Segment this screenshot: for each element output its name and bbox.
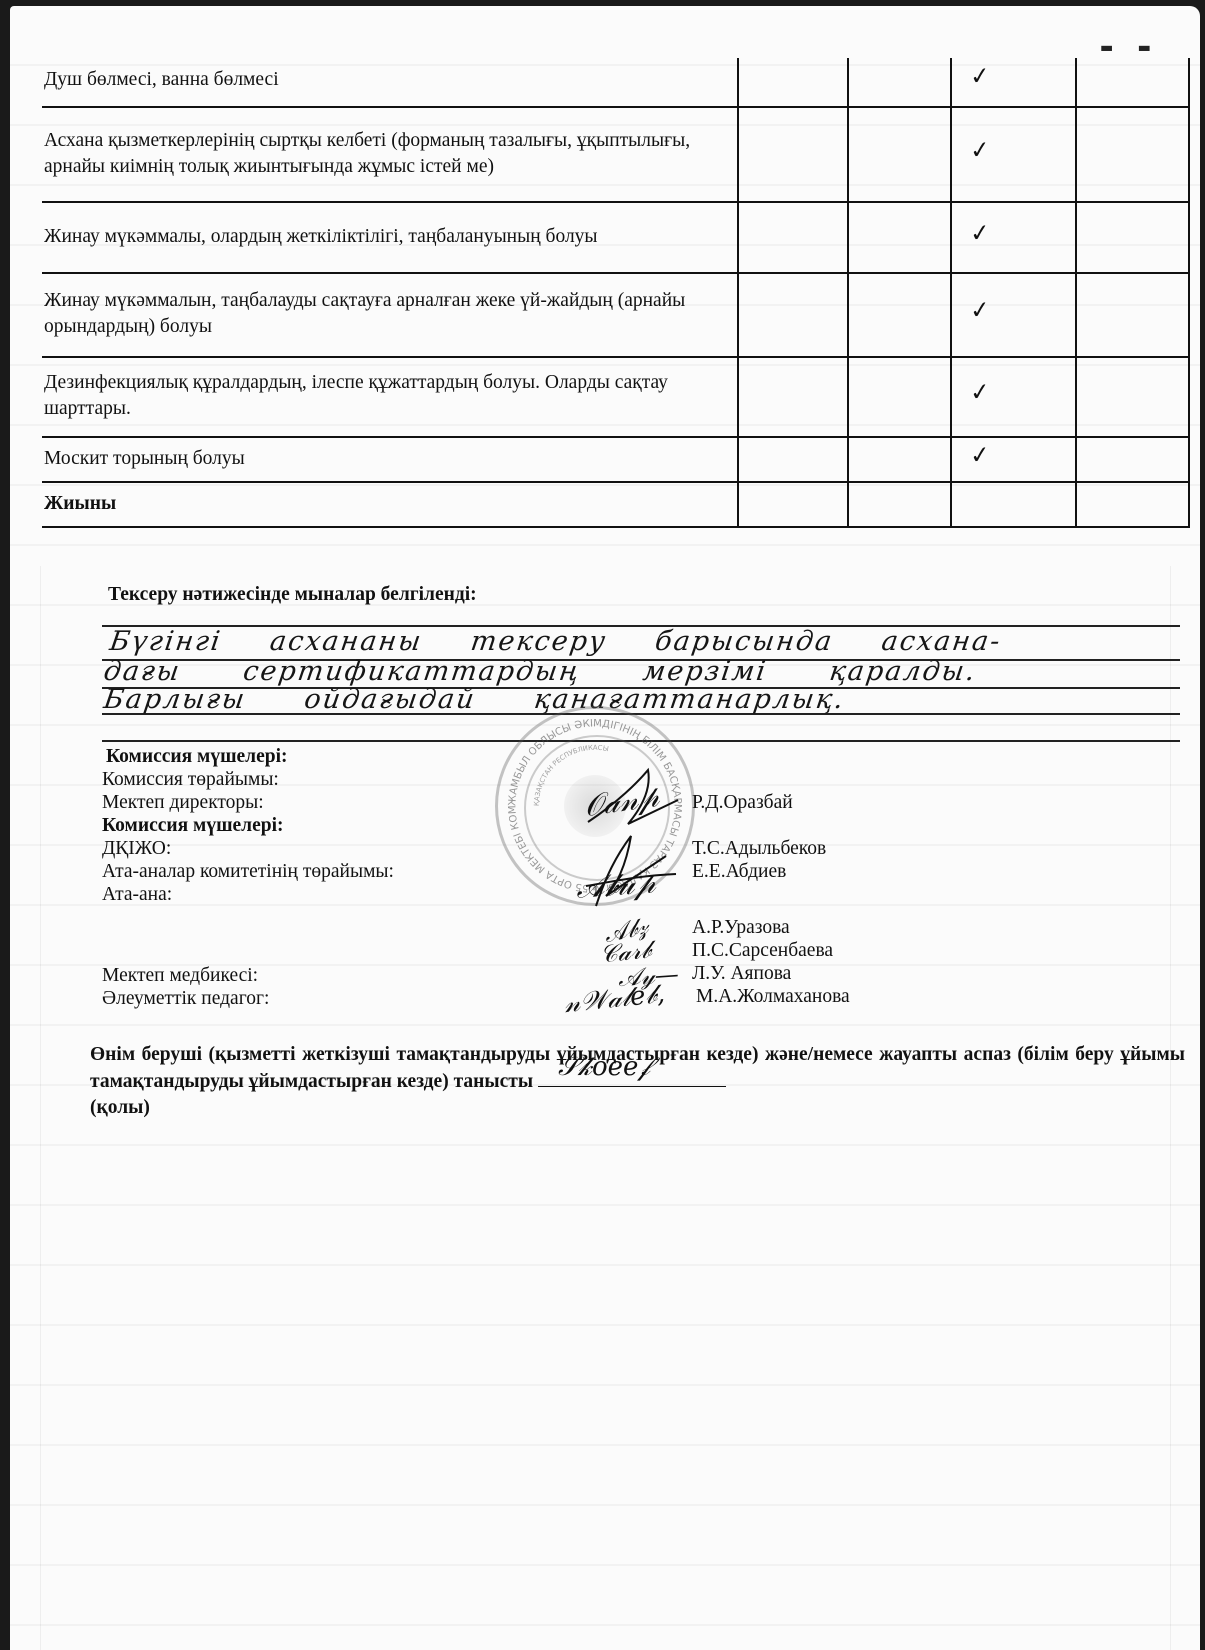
chair-label: Комиссия төрайымы: bbox=[102, 769, 279, 791]
signature-caption: (қолы) bbox=[90, 1097, 150, 1118]
member-name: Т.С.Адыльбеков bbox=[692, 838, 826, 860]
handwritten-finding-line-3: Барлығы ойдағыдай қанағаттанарлық. bbox=[102, 684, 847, 715]
table-column-divider bbox=[847, 58, 849, 528]
bleed-line bbox=[40, 566, 41, 1650]
members-heading: Комиссия мүшелері: bbox=[102, 815, 284, 837]
table-column-divider bbox=[737, 58, 739, 528]
handwritten-finding-line-2: дағы сертификаттардың мерзімі қаралды. bbox=[102, 656, 979, 687]
check-mark-icon: ✓ bbox=[969, 295, 992, 325]
table-row-divider bbox=[42, 526, 1188, 528]
table-row-label: Дезинфекциялық құралдардың, ілеспе құжат… bbox=[44, 356, 724, 436]
table-row-label: Асхана қызметкерлерінің сыртқы келбеті (… bbox=[44, 106, 724, 201]
member-role: ДҚІЖО: bbox=[102, 838, 171, 860]
table-row-label: Душ бөлмесі, ванна бөлмесі bbox=[44, 54, 724, 106]
check-mark-icon: ✓ bbox=[969, 440, 992, 470]
commission-heading: Комиссия мүшелері: bbox=[106, 746, 288, 768]
handwritten-finding-line-1: Бүгінгі асхананы тексеру барысында асхан… bbox=[108, 626, 1004, 657]
table-row-label: Жиыны bbox=[44, 481, 724, 526]
acknowledgement-signature: 𝒮𝓀𝑜𝑒𝑒𝒻 bbox=[558, 1054, 650, 1080]
check-mark-icon: ✓ bbox=[969, 218, 992, 248]
check-mark-icon: ✓ bbox=[969, 377, 992, 407]
signature-social-pedagogue: 𝓃𝒲𝒶𝓁𝑒𝒷, bbox=[563, 979, 667, 1020]
acknowledgement-signature-line: 𝒮𝓀𝑜𝑒𝑒𝒻 bbox=[538, 1068, 726, 1087]
director-label: Мектеп директоры: bbox=[102, 792, 264, 814]
signature-parent-committee: 𝒜𝒷𝓊𝓅 bbox=[575, 865, 657, 905]
table-column-divider bbox=[1075, 58, 1077, 528]
findings-title: Тексеру нәтижесінде мыналар белгіленді: bbox=[108, 584, 477, 606]
acknowledgement-text: Өнім беруші (қызметті жеткізуші тамақтан… bbox=[90, 1042, 1185, 1121]
inspection-table: Душ бөлмесі, ванна бөлмесі✓Асхана қызмет… bbox=[32, 6, 1188, 556]
member-role: Әлеуметтік педагог: bbox=[102, 988, 269, 1010]
member-name: Л.У. Аяпова bbox=[692, 963, 791, 985]
member-role: Ата-аналар комитетінің төрайымы: bbox=[102, 861, 394, 883]
member-name: П.С.Сарсенбаева bbox=[692, 940, 833, 962]
table-row-label: Жинау мүкәммалы, олардың жеткіліктілігі,… bbox=[44, 201, 724, 272]
member-name: А.Р.Уразова bbox=[692, 917, 790, 939]
document-page: ▬ ▬ Душ бөлмесі, ванна бөлмесі✓Асхана қы… bbox=[10, 6, 1200, 1650]
check-mark-icon: ✓ bbox=[969, 135, 992, 165]
member-role: Мектеп медбикесі: bbox=[102, 965, 258, 987]
member-name: Е.Е.Абдиев bbox=[692, 861, 786, 883]
director-name: Р.Д.Оразбай bbox=[692, 792, 793, 814]
table-column-divider bbox=[1188, 58, 1190, 528]
table-row-label: Москит торының болуы bbox=[44, 436, 724, 481]
table-row-label: Жинау мүкәммалын, таңбалауды сақтауға ар… bbox=[44, 272, 724, 356]
member-role: Ата-ана: bbox=[102, 884, 172, 906]
member-name: М.А.Жолмаханова bbox=[696, 986, 850, 1008]
table-column-divider bbox=[950, 58, 952, 528]
check-mark-icon: ✓ bbox=[969, 61, 992, 91]
